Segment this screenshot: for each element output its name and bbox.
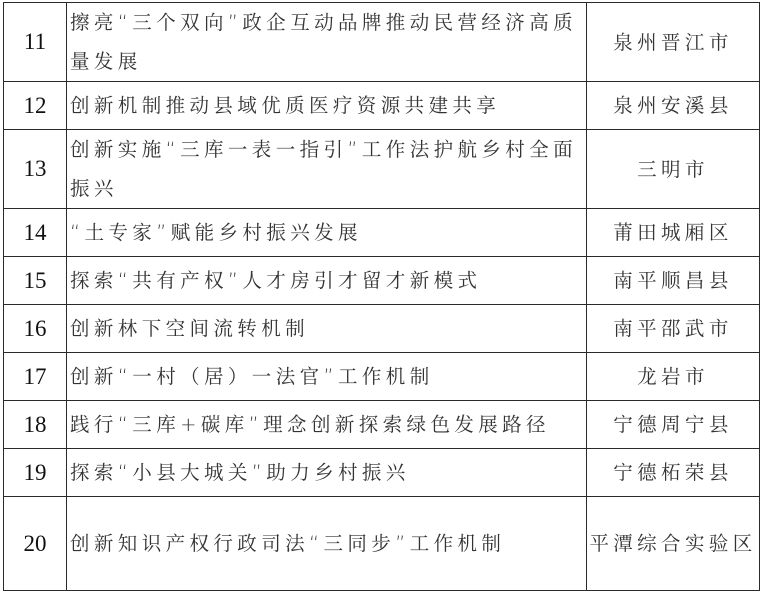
cases-table: 11 擦亮“三个双向”政企互动品牌推动民营经济高质量发展 泉州晋江市 12 创新… [3,2,760,591]
case-location: 平潭综合实验区 [587,497,760,591]
table-row: 15 探索“共有产权”人才房引才留才新模式 南平顺昌县 [4,257,760,305]
row-number: 14 [4,209,67,257]
case-description: 创新机制推动县域优质医疗资源共建共享 [67,82,587,130]
table-row: 11 擦亮“三个双向”政企互动品牌推动民营经济高质量发展 泉州晋江市 [4,3,760,82]
case-location: 泉州安溪县 [587,82,760,130]
row-number: 20 [4,497,67,591]
row-number: 11 [4,3,67,82]
case-description: 探索“共有产权”人才房引才留才新模式 [67,257,587,305]
case-location: 宁德周宁县 [587,401,760,449]
case-description: “土专家”赋能乡村振兴发展 [67,209,587,257]
case-location: 龙岩市 [587,353,760,401]
case-description: 创新实施“三库一表一指引”工作法护航乡村全面振兴 [67,130,587,209]
table-row: 19 探索“小县大城关”助力乡村振兴 宁德柘荣县 [4,449,760,497]
case-description: 创新知识产权行政司法“三同步”工作机制 [67,497,587,591]
row-number: 12 [4,82,67,130]
table-row: 20 创新知识产权行政司法“三同步”工作机制 平潭综合实验区 [4,497,760,591]
row-number: 16 [4,305,67,353]
table-row: 16 创新林下空间流转机制 南平邵武市 [4,305,760,353]
case-location: 三明市 [587,130,760,209]
case-location: 莆田城厢区 [587,209,760,257]
case-location: 宁德柘荣县 [587,449,760,497]
case-location: 泉州晋江市 [587,3,760,82]
row-number: 19 [4,449,67,497]
table-row: 18 践行“三库+碳库”理念创新探索绿色发展路径 宁德周宁县 [4,401,760,449]
case-location: 南平邵武市 [587,305,760,353]
table-row: 17 创新“一村（居）一法官”工作机制 龙岩市 [4,353,760,401]
row-number: 13 [4,130,67,209]
case-description: 创新林下空间流转机制 [67,305,587,353]
case-description: 擦亮“三个双向”政企互动品牌推动民营经济高质量发展 [67,3,587,82]
row-number: 17 [4,353,67,401]
table-row: 13 创新实施“三库一表一指引”工作法护航乡村全面振兴 三明市 [4,130,760,209]
case-location: 南平顺昌县 [587,257,760,305]
table-row: 12 创新机制推动县域优质医疗资源共建共享 泉州安溪县 [4,82,760,130]
case-description: 创新“一村（居）一法官”工作机制 [67,353,587,401]
case-description: 践行“三库+碳库”理念创新探索绿色发展路径 [67,401,587,449]
row-number: 18 [4,401,67,449]
case-description: 探索“小县大城关”助力乡村振兴 [67,449,587,497]
row-number: 15 [4,257,67,305]
table-row: 14 “土专家”赋能乡村振兴发展 莆田城厢区 [4,209,760,257]
